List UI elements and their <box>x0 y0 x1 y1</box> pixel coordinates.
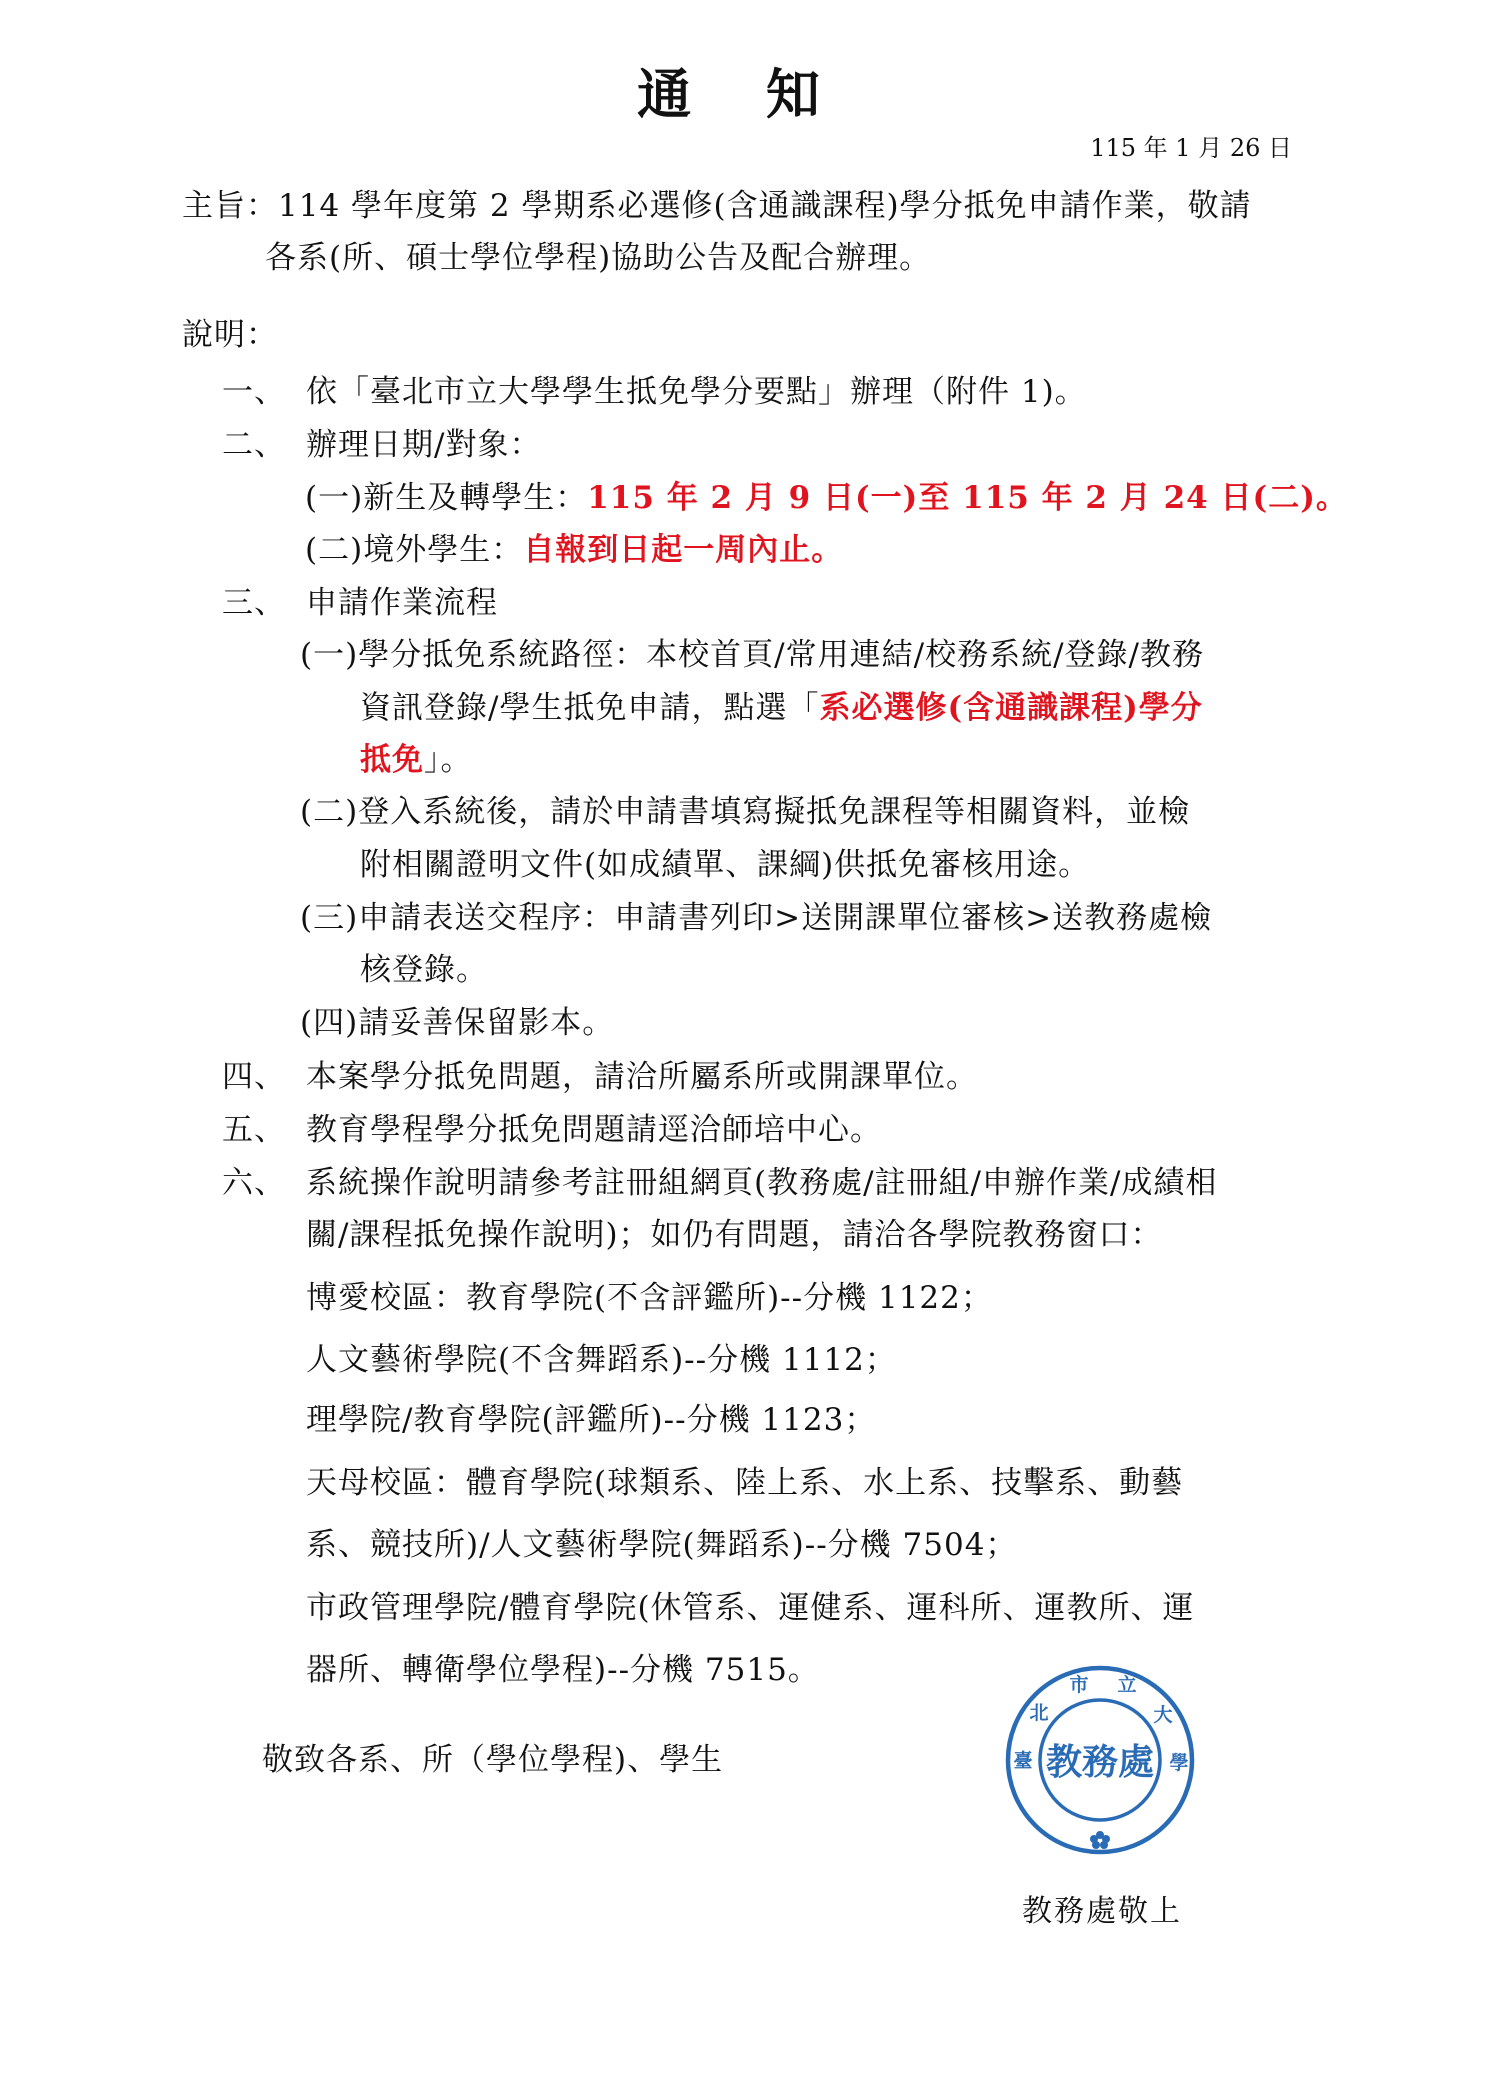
sub-label: (一)新生及轉學生： <box>305 480 587 516</box>
seal-char: 臺 <box>1013 1749 1032 1772</box>
item-number: 五、 <box>222 1110 306 1150</box>
signature: 教務處敬上 <box>1022 1892 1182 1932</box>
item-1: 一、依「臺北市立大學學生抵免學分要點」辦理（附件 1)。 <box>222 372 1087 412</box>
item-number: 一、 <box>222 372 306 412</box>
seal-char: 學 <box>1169 1751 1188 1774</box>
document-title: 通 知 <box>0 62 1485 126</box>
item-3-sub-1-line-1: (一)學分抵免系統路徑：本校首頁/常用連結/校務系統/登錄/教務 <box>300 635 1204 675</box>
item-6-line-2: 關/課程抵免操作說明)；如仍有問題，請洽各學院教務窗口： <box>306 1215 1163 1255</box>
item-text: 本案學分抵免問題，請洽所屬系所或開課單位。 <box>306 1059 978 1095</box>
explanation-label: 說明： <box>182 315 278 355</box>
item-2-sub-2: (二)境外學生：自報到日起一周內止。 <box>305 530 843 570</box>
item-3: 三、申請作業流程 <box>222 583 498 623</box>
sub-label: (二)境外學生： <box>305 532 523 568</box>
contact-line: 市政管理學院/體育學院(休管系、運健系、運科所、運教所、運 <box>306 1588 1195 1628</box>
contact-line: 器所、轉衛學位學程)--分機 7515。 <box>306 1650 820 1690</box>
item-3-sub-3-line-2: 核登錄。 <box>360 950 488 990</box>
date-range-highlight: 115 年 2 月 9 日(一)至 115 年 2 月 24 日(二)。 <box>587 480 1348 516</box>
item-6: 六、系統操作說明請參考註冊組網頁(教務處/註冊組/申辦作業/成績相 <box>222 1163 1217 1203</box>
item-3-sub-1-line-2: 資訊登錄/學生抵免申請，點選「系必選修(含通識課程)學分 <box>360 688 1203 728</box>
plum-blossom-icon <box>1090 1831 1110 1849</box>
seal-char: 大 <box>1153 1703 1172 1726</box>
recipients: 敬致各系、所（學位學程)、學生 <box>262 1740 723 1780</box>
period-highlight: 自報到日起一周內止。 <box>523 532 843 568</box>
item-number: 二、 <box>222 425 306 465</box>
subject-label: 主旨： <box>182 188 278 224</box>
item-2: 二、辦理日期/對象： <box>222 425 541 465</box>
option-highlight-cont: 抵免 <box>360 742 424 778</box>
item-3-sub-4: (四)請妥善保留影本。 <box>300 1003 614 1043</box>
item-4: 四、本案學分抵免問題，請洽所屬系所或開課單位。 <box>222 1057 978 1097</box>
subject-text-1: 114 學年度第 2 學期系必選修(含通識課程)學分抵免申請作業，敬請 <box>278 188 1252 224</box>
item-number: 三、 <box>222 583 306 623</box>
official-seal-icon: 臺 北 市 立 大 學 教務處 <box>1003 1663 1197 1857</box>
contact-line: 博愛校區：教育學院(不含評鑑所)--分機 1122； <box>306 1278 993 1318</box>
item-text: 依「臺北市立大學學生抵免學分要點」辦理（附件 1)。 <box>306 374 1087 410</box>
item-number: 四、 <box>222 1057 306 1097</box>
item-2-sub-1: (一)新生及轉學生：115 年 2 月 9 日(一)至 115 年 2 月 24… <box>305 478 1348 518</box>
item-3-sub-2-line-1: (二)登入系統後，請於申請書填寫擬抵免課程等相關資料，並檢 <box>300 792 1190 832</box>
item-3-sub-3-line-1: (三)申請表送交程序：申請書列印>送開課單位審核>送教務處檢 <box>300 898 1212 938</box>
item-text: 申請作業流程 <box>306 585 498 621</box>
item-5: 五、教育學程學分抵免問題請逕洽師培中心。 <box>222 1110 882 1150</box>
seal-center-text: 教務處 <box>1046 1741 1154 1783</box>
contact-line: 系、競技所)/人文藝術學院(舞蹈系)--分機 7504； <box>306 1525 1017 1565</box>
seal-char: 立 <box>1117 1673 1136 1696</box>
subject-line-2: 各系(所、碩士學位學程)協助公告及配合辦理。 <box>265 238 931 278</box>
seal-char: 北 <box>1029 1702 1048 1724</box>
item-text: 系統操作說明請參考註冊組網頁(教務處/註冊組/申辦作業/成績相 <box>306 1165 1217 1201</box>
item-3-sub-2-line-2: 附相關證明文件(如成績單、課綱)供抵免審核用途。 <box>360 845 1090 885</box>
document-date: 115 年 1 月 26 日 <box>1090 132 1292 164</box>
contact-line: 人文藝術學院(不含舞蹈系)--分機 1112； <box>306 1340 897 1380</box>
item-text: 教育學程學分抵免問題請逕洽師培中心。 <box>306 1112 882 1148</box>
item-number: 六、 <box>222 1163 306 1203</box>
path-text: 資訊登錄/學生抵免申請，點選「 <box>360 690 819 726</box>
item-3-sub-1-line-3: 抵免」。 <box>360 740 473 780</box>
contact-line: 天母校區：體育學院(球類系、陸上系、水上系、技擊系、動藝 <box>306 1463 1183 1503</box>
path-suffix: 」。 <box>424 742 473 778</box>
contact-line: 理學院/教育學院(評鑑所)--分機 1123； <box>306 1400 876 1440</box>
item-text: 辦理日期/對象： <box>306 427 541 463</box>
seal-char: 市 <box>1069 1673 1088 1696</box>
subject-line-1: 主旨：114 學年度第 2 學期系必選修(含通識課程)學分抵免申請作業，敬請 <box>182 186 1252 226</box>
option-highlight: 系必選修(含通識課程)學分 <box>819 690 1202 726</box>
